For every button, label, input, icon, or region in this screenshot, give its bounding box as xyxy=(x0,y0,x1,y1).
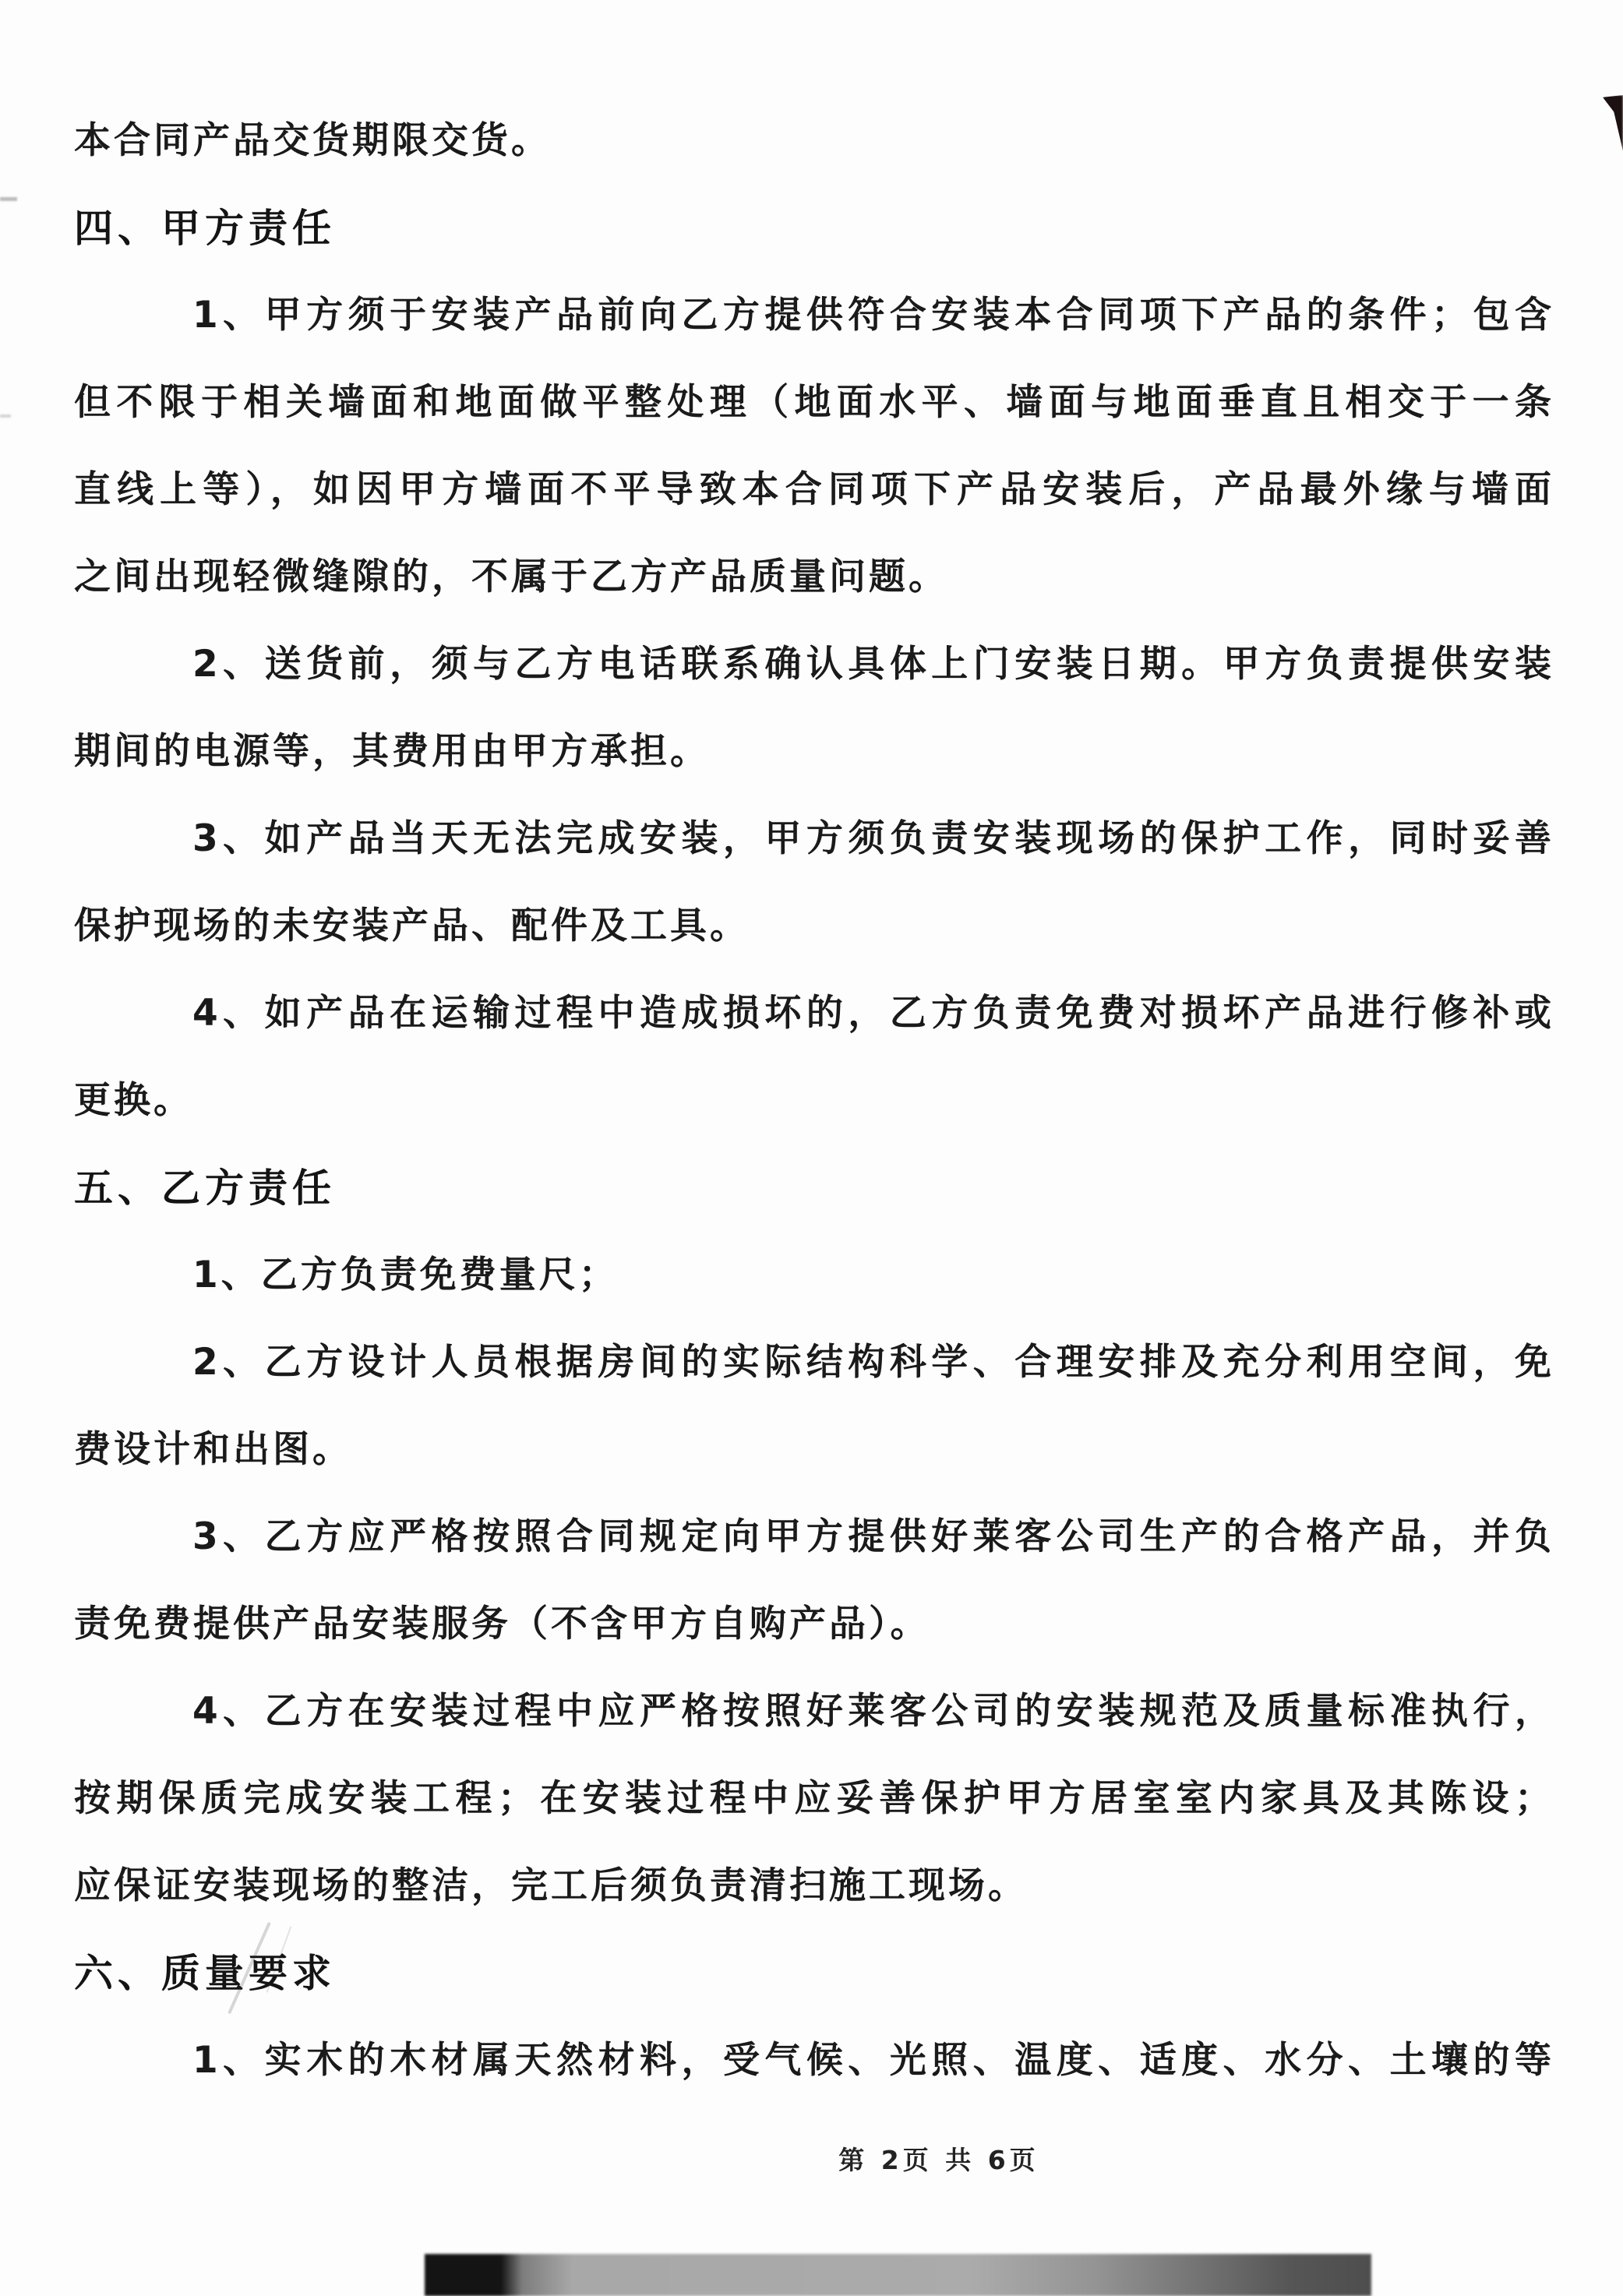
contract-text-line: 按期保质完成安装工程；在安装过程中应妥善保护甲方居室室内家具及其陈设； xyxy=(74,1755,1554,1843)
contract-text-line: 责免费提供产品安装服务（不含甲方自购产品）。 xyxy=(74,1581,1554,1668)
contract-text-line: 3、如产品当天无法完成安装，甲方须负责安装现场的保护工作，同时妥善 xyxy=(74,795,1554,883)
contract-text-line: 1、乙方负责免费量尺； xyxy=(74,1232,1554,1319)
contract-text-line: 更换。 xyxy=(74,1057,1554,1144)
contract-text-line: 应保证安装现场的整洁，完工后须负责清扫施工现场。 xyxy=(74,1843,1554,1930)
contract-text-line: 期间的电源等，其费用由甲方承担。 xyxy=(74,708,1554,795)
contract-text-line: 本合同产品交货期限交货。 xyxy=(74,97,1554,185)
section-5-heading: 五、乙方责任 xyxy=(74,1144,1554,1232)
contract-text-line: 2、乙方设计人员根据房间的实际结构科学、合理安排及充分利用空间，免 xyxy=(74,1319,1554,1406)
contract-text-line: 1、甲方须于安装产品前向乙方提供符合安装本合同项下产品的条件；包含 xyxy=(74,272,1554,359)
contract-text-line: 之间出现轻微缝隙的，不属于乙方产品质量问题。 xyxy=(74,534,1554,621)
scan-artifact-bottom-shadow xyxy=(425,2254,1371,2296)
scan-artifact-edge-mark xyxy=(0,197,17,201)
contract-text-line: 4、如产品在运输过程中造成损坏的，乙方负责免费对损坏产品进行修补或 xyxy=(74,970,1554,1057)
section-4-heading: 四、甲方责任 xyxy=(74,185,1554,272)
page-number-footer: 第 2页 共 6页 xyxy=(199,2117,1623,2204)
contract-text-line: 保护现场的未安装产品、配件及工具。 xyxy=(74,883,1554,970)
contract-text-line: 3、乙方应严格按照合同规定向甲方提供好莱客公司生产的合格产品，并负 xyxy=(74,1494,1554,1581)
contract-text-line: 2、送货前，须与乙方电话联系确认具体上门安装日期。甲方负责提供安装 xyxy=(74,621,1554,708)
scan-artifact-edge-mark xyxy=(0,414,11,418)
contract-text-line: 费设计和出图。 xyxy=(74,1406,1554,1494)
contract-text-line: 4、乙方在安装过程中应严格按照好莱客公司的安装规范及质量标准执行， xyxy=(74,1668,1554,1755)
contract-page: 本合同产品交货期限交货。 四、甲方责任 1、甲方须于安装产品前向乙方提供符合安装… xyxy=(0,0,1623,2296)
contract-text-line: 1、实木的木材属天然材料，受气候、光照、温度、适度、水分、土壤的等 xyxy=(74,2017,1554,2104)
contract-text-line: 直线上等），如因甲方墙面不平导致本合同项下产品安装后，产品最外缘与墙面 xyxy=(74,446,1554,534)
contract-body: 本合同产品交货期限交货。 四、甲方责任 1、甲方须于安装产品前向乙方提供符合安装… xyxy=(74,97,1554,2204)
contract-text-line: 但不限于相关墙面和地面做平整处理（地面水平、墙面与地面垂直且相交于一条 xyxy=(74,359,1554,446)
scan-artifact-corner-mark xyxy=(1603,95,1623,151)
section-6-heading: 六、质量要求 xyxy=(74,1930,1554,2017)
